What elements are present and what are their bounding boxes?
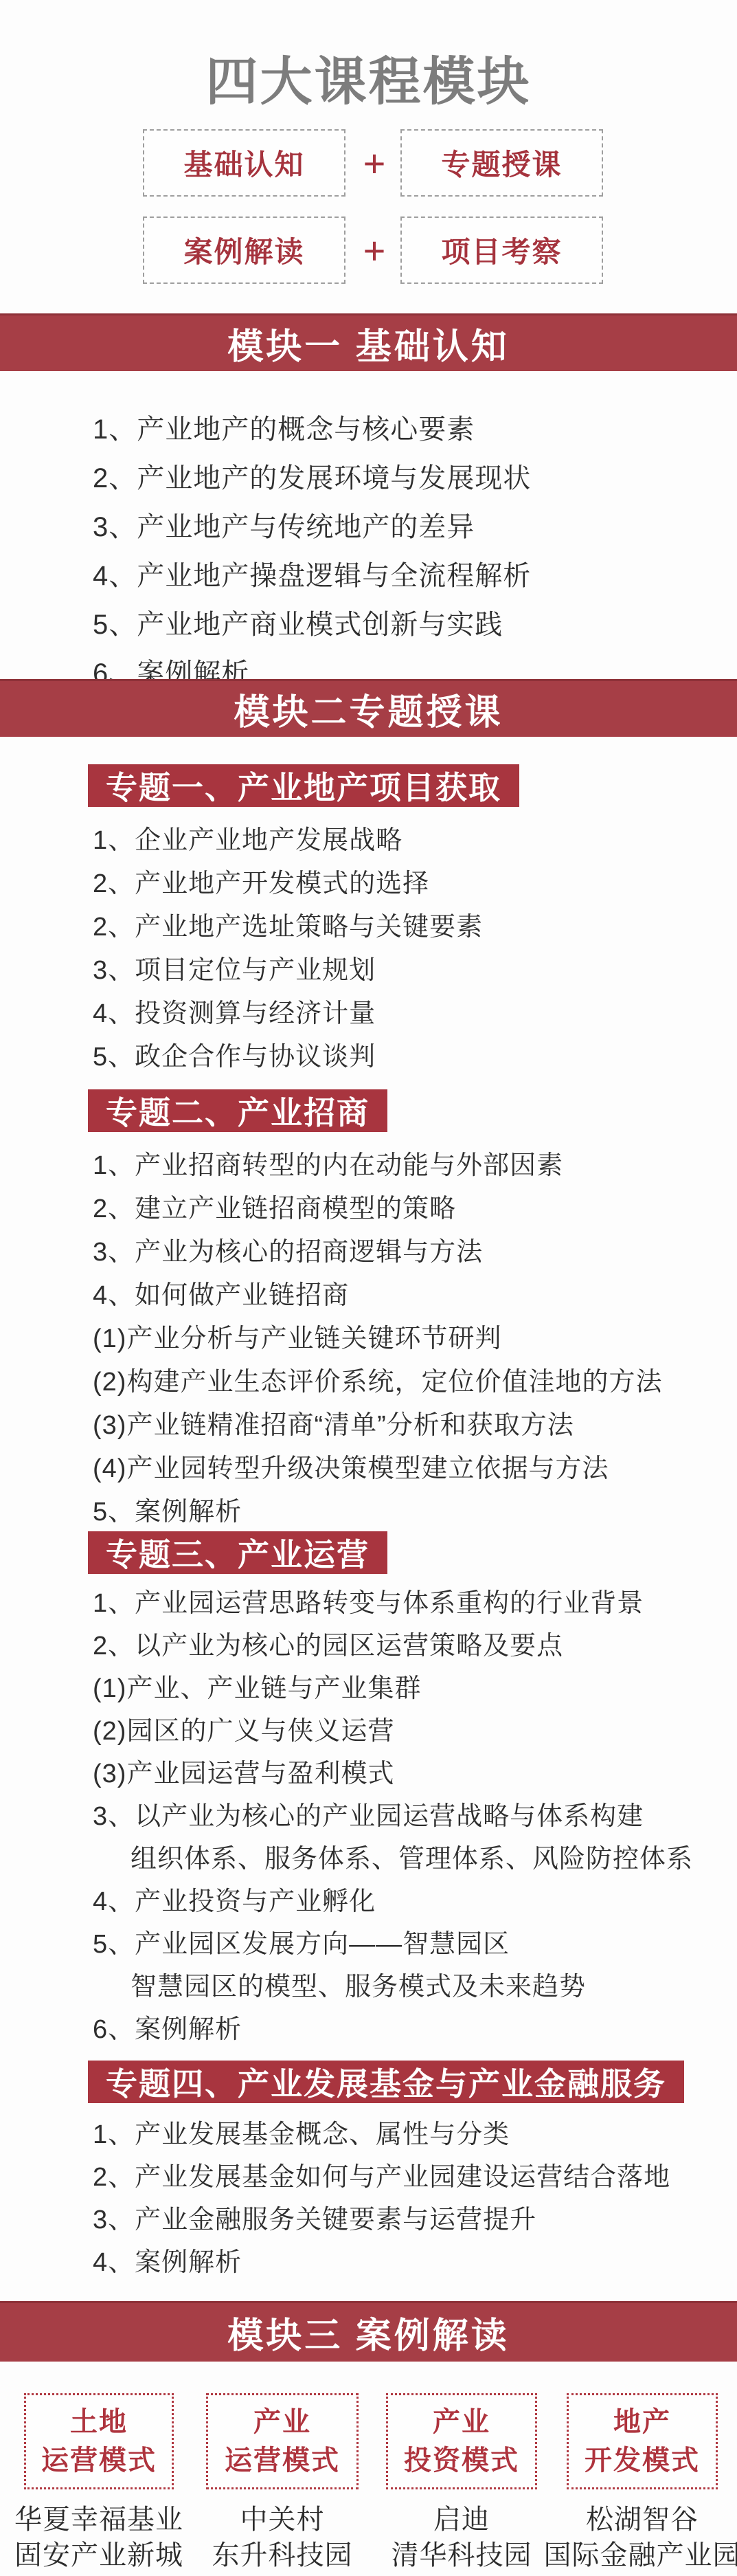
list-item: 4、产业地产操盘逻辑与全流程解析	[0, 552, 737, 601]
list-item: 4、产业投资与产业孵化	[0, 1880, 737, 1923]
list-item: 2、产业地产的发展环境与发展现状	[0, 454, 737, 503]
mode-box-special: 专题授课	[400, 129, 603, 197]
list-item: 5、产业园区发展方向——智慧园区	[0, 1923, 737, 1966]
list-item: 2、产业地产开发模式的选择	[0, 863, 737, 906]
list-item: 2、产业地产选址策略与关键要素	[0, 906, 737, 949]
list-item: 2、产业发展基金如何与产业园建设运营结合落地	[0, 2156, 737, 2199]
topic2-heading: 专题二、产业招商	[88, 1089, 387, 1132]
page-title: 四大课程模块	[0, 40, 737, 115]
list-item: 6、案例解析	[0, 2008, 737, 2051]
module1-list: 1、产业地产的概念与核心要素 2、产业地产的发展环境与发展现状 3、产业地产与传…	[0, 406, 737, 698]
list-item: (1)产业分析与产业链关键环节研判	[0, 1318, 737, 1361]
case-box-realestate-development: 地产 开发模式	[567, 2393, 718, 2489]
list-item: 4、案例解析	[0, 2241, 737, 2284]
list-item: 1、产业地产的概念与核心要素	[0, 406, 737, 454]
list-item: 5、产业地产商业模式创新与实践	[0, 601, 737, 649]
case-caption: 松湖智谷 国际金融产业园	[525, 2502, 737, 2573]
topic1-list: 1、企业产业地产发展战略 2、产业地产开发模式的选择 2、产业地产选址策略与关键…	[0, 819, 737, 1079]
list-item: 3、项目定位与产业规划	[0, 949, 737, 992]
mode-box-visit: 项目考察	[400, 216, 603, 284]
list-item: (1)产业、产业链与产业集群	[0, 1667, 737, 1710]
case-box-land-operation: 土地 运营模式	[24, 2393, 174, 2489]
case-caption-line: 松湖智谷	[525, 2502, 737, 2538]
case-box-line: 运营模式	[225, 2441, 340, 2480]
plus-icon: +	[347, 129, 402, 197]
mode-box-case: 案例解读	[143, 216, 345, 284]
mode-box-basic: 基础认知	[143, 129, 345, 197]
list-item: 1、产业招商转型的内在动能与外部因素	[0, 1144, 737, 1188]
topic4-list: 1、产业发展基金概念、属性与分类 2、产业发展基金如何与产业园建设运营结合落地 …	[0, 2113, 737, 2284]
list-item: 1、产业园运营思路转变与体系重构的行业背景	[0, 1582, 737, 1625]
list-item: 1、产业发展基金概念、属性与分类	[0, 2113, 737, 2156]
case-box-line: 地产	[613, 2403, 671, 2441]
plus-icon: +	[347, 216, 402, 284]
list-item: 3、产业金融服务关键要素与运营提升	[0, 2199, 737, 2241]
list-item-continuation: 智慧园区的模型、服务模式及未来趋势	[0, 1966, 737, 2008]
list-item: 3、产业地产与传统地产的差异	[0, 503, 737, 552]
module2-banner: 模块二专题授课	[0, 679, 737, 737]
module3-banner: 模块三 案例解读	[0, 2301, 737, 2362]
case-box-industry-investment: 产业 投资模式	[386, 2393, 537, 2489]
list-item: 5、案例解析	[0, 1491, 737, 1534]
topic4-heading: 专题四、产业发展基金与产业金融服务	[88, 2061, 684, 2103]
case-box-line: 投资模式	[404, 2441, 519, 2480]
case-box-industry-operation: 产业 运营模式	[206, 2393, 359, 2489]
case-box-line: 产业	[433, 2403, 490, 2441]
case-box-line: 开发模式	[585, 2441, 700, 2480]
case-box-line: 土地	[70, 2403, 128, 2441]
list-item: (4)产业园转型升级决策模型建立依据与方法	[0, 1447, 737, 1491]
list-item: 5、政企合作与协议谈判	[0, 1036, 737, 1079]
module1-banner: 模块一 基础认知	[0, 313, 737, 371]
list-item: (3)产业园运营与盈利模式	[0, 1753, 737, 1795]
case-box-line: 产业	[253, 2403, 311, 2441]
list-item: (2)构建产业生态评价系统，定位价值洼地的方法	[0, 1361, 737, 1404]
case-box-line: 运营模式	[41, 2441, 157, 2480]
topic3-list: 1、产业园运营思路转变与体系重构的行业背景 2、以产业为核心的园区运营策略及要点…	[0, 1582, 737, 2051]
case-caption-line: 国际金融产业园	[525, 2538, 737, 2573]
list-item: (3)产业链精准招商“清单”分析和获取方法	[0, 1404, 737, 1447]
list-item: 2、以产业为核心的园区运营策略及要点	[0, 1625, 737, 1667]
topic2-list: 1、产业招商转型的内在动能与外部因素 2、建立产业链招商模型的策略 3、产业为核…	[0, 1144, 737, 1534]
list-item: 4、投资测算与经济计量	[0, 992, 737, 1036]
course-poster: 四大课程模块 基础认知 + 专题授课 案例解读 + 项目考察 模块一 基础认知 …	[0, 0, 737, 2576]
list-item: 3、产业为核心的招商逻辑与方法	[0, 1231, 737, 1274]
list-item: 4、如何做产业链招商	[0, 1274, 737, 1318]
list-item: 3、以产业为核心的产业园运营战略与体系构建	[0, 1795, 737, 1838]
topic3-heading: 专题三、产业运营	[88, 1531, 387, 1574]
list-item: 1、企业产业地产发展战略	[0, 819, 737, 863]
list-item: 2、建立产业链招商模型的策略	[0, 1188, 737, 1231]
list-item-continuation: 组织体系、服务体系、管理体系、风险防控体系	[0, 1838, 737, 1880]
list-item: (2)园区的广义与侠义运营	[0, 1710, 737, 1753]
topic1-heading: 专题一、产业地产项目获取	[88, 764, 519, 807]
